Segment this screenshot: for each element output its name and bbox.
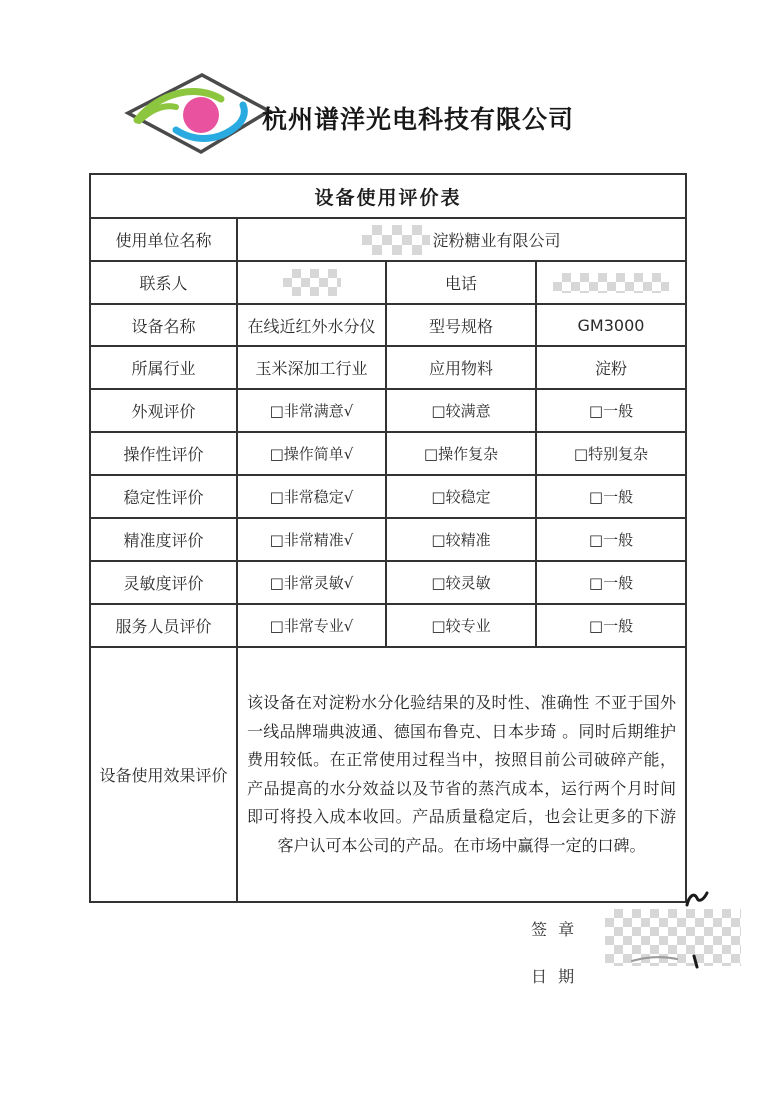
- eval-sensitivity-option-3: □一般: [537, 562, 687, 605]
- eval-sensitivity-option-2: □较灵敏: [387, 562, 537, 605]
- date-label: 日 期: [531, 964, 577, 987]
- eval-accuracy-option-3: □一般: [537, 519, 687, 562]
- eval-service-label: 服务人员评价: [91, 605, 238, 648]
- eval-appearance-option-3: □一般: [537, 390, 687, 433]
- contact-label: 联系人: [91, 262, 238, 305]
- eval-stability-option-2: □较稳定: [387, 476, 537, 519]
- eval-accuracy-option-1: □非常精准√: [238, 519, 387, 562]
- eval-appearance-option-1: □非常满意√: [238, 390, 387, 433]
- material-value: 淀粉: [537, 347, 687, 390]
- effect-evaluation-cell: 该设备在对淀粉水分化验结果的及时性、准确性 不亚于国外一线品牌瑞典波通、德国布鲁…: [238, 648, 687, 903]
- device-name-label: 设备名称: [91, 305, 238, 347]
- eval-accuracy-label: 精准度评价: [91, 519, 238, 562]
- industry-label: 所属行业: [91, 347, 238, 390]
- eval-service-option-3: □一般: [537, 605, 687, 648]
- company-logo-eye-icon: [122, 66, 274, 162]
- eval-sensitivity-label: 灵敏度评价: [91, 562, 238, 605]
- company-name: 杭州谱洋光电科技有限公司: [262, 100, 574, 136]
- eval-operability-option-2: □操作复杂: [387, 433, 537, 476]
- phone-label: 电话: [387, 262, 537, 305]
- effect-evaluation-text: 该设备在对淀粉水分化验结果的及时性、准确性 不亚于国外一线品牌瑞典波通、德国布鲁…: [247, 689, 676, 860]
- eval-accuracy-option-2: □较精准: [387, 519, 537, 562]
- eval-service-option-2: □较专业: [387, 605, 537, 648]
- industry-value: 玉米深加工行业: [238, 347, 387, 390]
- eval-operability-label: 操作性评价: [91, 433, 238, 476]
- eval-stability-option-3: □一般: [537, 476, 687, 519]
- redaction-mosaic-unit: [362, 225, 430, 255]
- model-value: GM3000: [537, 305, 687, 347]
- eval-operability-option-1: □操作简单√: [238, 433, 387, 476]
- eval-stability-label: 稳定性评价: [91, 476, 238, 519]
- evaluation-form-table: 设备使用评价表 使用单位名称 淀粉糖业有限公司 联系人 电话 设备名称 在线近红…: [89, 173, 687, 903]
- effect-evaluation-label: 设备使用效果评价: [91, 648, 238, 903]
- redaction-mosaic-contact: [283, 269, 341, 296]
- material-label: 应用物料: [387, 347, 537, 390]
- model-label: 型号规格: [387, 305, 537, 347]
- form-title: 设备使用评价表: [91, 175, 687, 219]
- redaction-mosaic-phone: [553, 273, 669, 293]
- redaction-mosaic-seal: [605, 909, 741, 966]
- unit-name-visible-text: 淀粉糖业有限公司: [432, 228, 560, 251]
- unit-name-label: 使用单位名称: [91, 219, 238, 262]
- device-name-value: 在线近红外水分仪: [238, 305, 387, 347]
- seal-label: 签 章: [531, 917, 577, 940]
- eval-sensitivity-option-1: □非常灵敏√: [238, 562, 387, 605]
- phone-value: [537, 262, 687, 305]
- eval-appearance-option-2: □较满意: [387, 390, 537, 433]
- eval-appearance-label: 外观评价: [91, 390, 238, 433]
- eval-service-option-1: □非常专业√: [238, 605, 387, 648]
- eval-operability-option-3: □特别复杂: [537, 433, 687, 476]
- unit-name-value: 淀粉糖业有限公司: [238, 219, 687, 262]
- eval-stability-option-1: □非常稳定√: [238, 476, 387, 519]
- contact-value: [238, 262, 387, 305]
